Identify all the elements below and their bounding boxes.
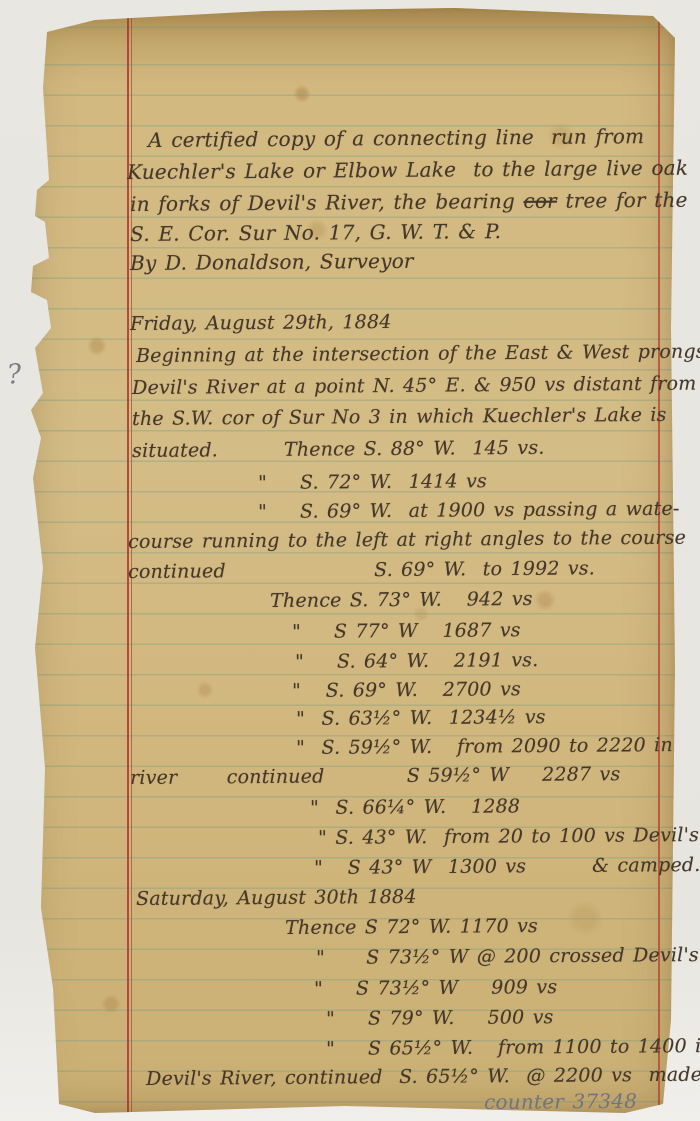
scanned-page-background: { "colors": { "scan_background": "#e9e7e… bbox=[0, 0, 700, 1121]
left-margin-line-inner bbox=[131, 8, 132, 1113]
handwriting-text: ? bbox=[6, 358, 24, 390]
document-page bbox=[25, 8, 675, 1113]
ruled-lines bbox=[25, 8, 675, 1113]
left-margin-line-outer bbox=[127, 8, 129, 1113]
right-margin-line bbox=[658, 8, 660, 1113]
pencil-question-mark: ? bbox=[6, 362, 23, 387]
